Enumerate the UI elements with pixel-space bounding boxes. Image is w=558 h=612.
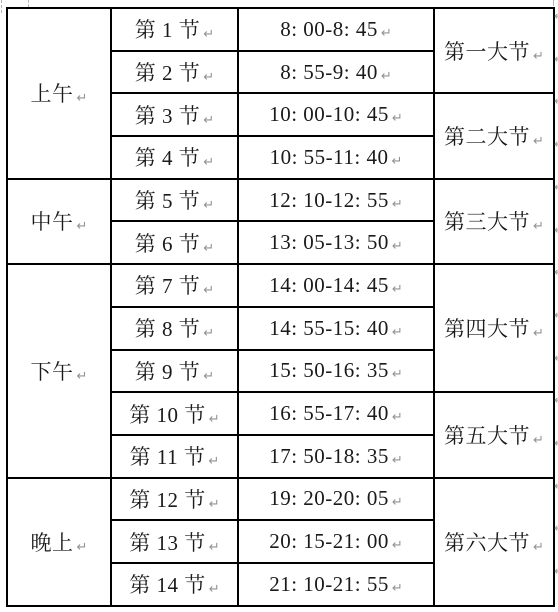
lesson-label: 第 3 节: [135, 104, 201, 128]
paragraph-mark-icon: ↵: [392, 111, 403, 126]
lesson-cell: 第 5 节↵: [111, 179, 238, 222]
time-label: 17: 50-18: 35: [269, 444, 389, 468]
paragraph-mark-icon: ↵: [392, 367, 403, 382]
time-cell: 19: 20-20: 05↵: [238, 478, 434, 521]
lesson-cell: 第 8 节↵: [111, 307, 238, 350]
lesson-cell: 第 1 节↵: [111, 8, 238, 51]
paragraph-mark-icon: ↵: [533, 49, 544, 64]
lesson-cell: 第 2 节↵: [111, 51, 238, 94]
lesson-label: 第 10 节: [129, 403, 206, 427]
paragraph-mark-icon: ↵: [203, 283, 214, 298]
lesson-label: 第 14 节: [129, 573, 206, 597]
table-row: 上午↵ 第 1 节↵ 8: 00-8: 45↵ 第一大节↵: [7, 8, 554, 51]
time-label: 21: 10-21: 55: [269, 572, 389, 596]
lesson-label: 第 7 节: [135, 274, 201, 298]
lesson-label: 第 5 节: [135, 189, 201, 213]
time-cell: 14: 00-14: 45↵: [238, 264, 434, 307]
time-label: 14: 00-14: 45: [269, 273, 389, 297]
paragraph-mark-icon: ↵: [208, 454, 219, 469]
paragraph-mark-icon: ↵: [203, 241, 214, 256]
paragraph-mark-icon: ↵: [203, 155, 214, 170]
paragraph-mark-icon: ↵: [392, 453, 403, 468]
block-cell: 第六大节↵: [434, 478, 554, 606]
time-label: 14: 55-15: 40: [269, 316, 389, 340]
day-period-cell: 中午↵: [7, 179, 111, 264]
lesson-label: 第 9 节: [135, 360, 201, 384]
lesson-label: 第 4 节: [135, 146, 201, 170]
lesson-cell: 第 12 节↵: [111, 478, 238, 521]
time-cell: 17: 50-18: 35↵: [238, 435, 434, 478]
time-cell: 8: 55-9: 40↵: [238, 51, 434, 94]
time-cell: 8: 00-8: 45↵: [238, 8, 434, 51]
paragraph-mark-icon: ↵: [209, 540, 220, 555]
end-of-row-mark-icon: ↵: [554, 480, 558, 523]
end-of-row-mark-icon: ↵: [554, 95, 558, 138]
paragraph-mark-icon: ↵: [392, 239, 403, 254]
end-of-row-mark-icon: ↵: [554, 53, 558, 96]
lesson-label: 第 11 节: [130, 445, 206, 469]
lesson-cell: 第 14 节↵: [111, 563, 238, 606]
block-cell: 第一大节↵: [434, 8, 554, 93]
document-page: 上午↵ 第 1 节↵ 8: 00-8: 45↵ 第一大节↵ 第 2 节↵ 8: …: [0, 0, 558, 612]
table-row: 中午↵ 第 5 节↵ 12: 10-12: 55↵ 第三大节↵: [7, 179, 554, 222]
paragraph-mark-icon: ↵: [381, 26, 392, 41]
paragraph-mark-icon: ↵: [203, 27, 214, 42]
paragraph-mark-icon: ↵: [392, 197, 403, 212]
paragraph-mark-icon: ↵: [77, 219, 88, 234]
paragraph-mark-icon: ↵: [203, 70, 214, 85]
end-of-row-mark-icon: ↵: [554, 309, 558, 352]
paragraph-mark-icon: ↵: [392, 282, 403, 297]
time-label: 12: 10-12: 55: [269, 188, 389, 212]
end-of-row-mark-icon: ↵: [554, 224, 558, 267]
paragraph-mark-icon: ↵: [77, 540, 88, 555]
lesson-cell: 第 9 节↵: [111, 350, 238, 393]
paragraph-mark-icon: ↵: [203, 198, 214, 213]
lesson-cell: 第 13 节↵: [111, 520, 238, 563]
lesson-cell: 第 11 节↵: [111, 435, 238, 478]
time-label: 10: 55-11: 40: [270, 145, 389, 169]
paragraph-mark-icon: ↵: [209, 497, 220, 512]
time-label: 8: 00-8: 45: [280, 17, 378, 41]
end-of-row-mark-icon: ↵: [554, 522, 558, 565]
day-period-cell: 上午↵: [7, 8, 111, 179]
lesson-cell: 第 7 节↵: [111, 264, 238, 307]
lesson-label: 第 13 节: [129, 531, 206, 555]
lesson-cell: 第 3 节↵: [111, 93, 238, 136]
paragraph-mark-icon: ↵: [77, 91, 88, 106]
table-row: 下午↵ 第 7 节↵ 14: 00-14: 45↵ 第四大节↵: [7, 264, 554, 307]
lesson-label: 第 12 节: [129, 488, 206, 512]
paragraph-mark-icon: ↵: [392, 581, 403, 596]
paragraph-mark-icon: ↵: [392, 495, 403, 510]
text-boundary-mark: [553, 0, 554, 6]
paragraph-mark-icon: ↵: [533, 219, 544, 234]
time-cell: 13: 05-13: 50↵: [238, 221, 434, 264]
time-label: 13: 05-13: 50: [269, 230, 389, 254]
paragraph-mark-icon: ↵: [203, 326, 214, 341]
day-period-label: 上午: [31, 82, 74, 106]
block-cell: 第三大节↵: [434, 179, 554, 264]
paragraph-mark-icon: ↵: [203, 113, 214, 128]
end-of-row-marks: ↵ ↵ ↵ ↵ ↵ ↵ ↵ ↵ ↵ ↵ ↵ ↵ ↵ ↵: [554, 10, 558, 608]
block-label: 第三大节: [444, 210, 530, 234]
text-boundary-mark: [28, 0, 29, 7]
paragraph-mark-icon: ↵: [77, 369, 88, 384]
lesson-label: 第 6 节: [135, 232, 201, 256]
end-of-row-mark-icon: ↵: [554, 565, 558, 608]
lesson-label: 第 2 节: [135, 61, 201, 85]
time-cell: 14: 55-15: 40↵: [238, 307, 434, 350]
paragraph-mark-icon: ↵: [203, 369, 214, 384]
time-label: 20: 15-21: 00: [269, 529, 389, 553]
time-cell: 21: 10-21: 55↵: [238, 563, 434, 606]
time-cell: 10: 55-11: 40↵: [238, 136, 434, 179]
block-cell: 第五大节↵: [434, 392, 554, 477]
text-boundary-mark: [1, 0, 2, 13]
day-period-label: 下午: [31, 360, 74, 384]
end-of-row-mark-icon: ↵: [554, 266, 558, 309]
time-label: 19: 20-20: 05: [269, 486, 389, 510]
block-cell: 第二大节↵: [434, 93, 554, 178]
day-period-cell: 晚上↵: [7, 478, 111, 606]
paragraph-mark-icon: ↵: [533, 433, 544, 448]
block-label: 第一大节: [444, 40, 530, 64]
lesson-cell: 第 4 节↵: [111, 136, 238, 179]
paragraph-mark-icon: ↵: [533, 134, 544, 149]
day-period-cell: 下午↵: [7, 264, 111, 477]
lesson-cell: 第 10 节↵: [111, 392, 238, 435]
time-cell: 15: 50-16: 35↵: [238, 350, 434, 393]
paragraph-mark-icon: ↵: [392, 325, 403, 340]
end-of-row-mark-icon: ↵: [554, 10, 558, 53]
block-label: 第六大节: [444, 531, 530, 555]
paragraph-mark-icon: ↵: [533, 326, 544, 341]
end-of-row-mark-icon: ↵: [554, 394, 558, 437]
block-label: 第五大节: [444, 424, 530, 448]
end-of-row-mark-icon: ↵: [554, 181, 558, 224]
lesson-label: 第 1 节: [135, 18, 201, 42]
paragraph-mark-icon: ↵: [209, 582, 220, 597]
end-of-row-mark-icon: ↵: [554, 352, 558, 395]
time-label: 15: 50-16: 35: [269, 358, 389, 382]
day-period-label: 晚上: [31, 531, 74, 555]
block-label: 第四大节: [444, 317, 530, 341]
time-cell: 16: 55-17: 40↵: [238, 392, 434, 435]
time-cell: 10: 00-10: 45↵: [238, 93, 434, 136]
time-label: 10: 00-10: 45: [269, 102, 389, 126]
paragraph-mark-icon: ↵: [391, 154, 402, 169]
time-cell: 20: 15-21: 00↵: [238, 520, 434, 563]
class-schedule-table: 上午↵ 第 1 节↵ 8: 00-8: 45↵ 第一大节↵ 第 2 节↵ 8: …: [6, 7, 555, 607]
time-cell: 12: 10-12: 55↵: [238, 179, 434, 222]
lesson-label: 第 8 节: [135, 317, 201, 341]
paragraph-mark-icon: ↵: [209, 412, 220, 427]
paragraph-mark-icon: ↵: [533, 540, 544, 555]
paragraph-mark-icon: ↵: [392, 538, 403, 553]
lesson-cell: 第 6 节↵: [111, 221, 238, 264]
time-label: 16: 55-17: 40: [269, 401, 389, 425]
table-row: 晚上↵ 第 12 节↵ 19: 20-20: 05↵ 第六大节↵: [7, 478, 554, 521]
paragraph-mark-icon: ↵: [392, 410, 403, 425]
day-period-label: 中午: [31, 210, 74, 234]
end-of-row-mark-icon: ↵: [554, 138, 558, 181]
block-label: 第二大节: [444, 125, 530, 149]
block-cell: 第四大节↵: [434, 264, 554, 392]
time-label: 8: 55-9: 40: [280, 60, 378, 84]
end-of-row-mark-icon: ↵: [554, 437, 558, 480]
paragraph-mark-icon: ↵: [381, 69, 392, 84]
